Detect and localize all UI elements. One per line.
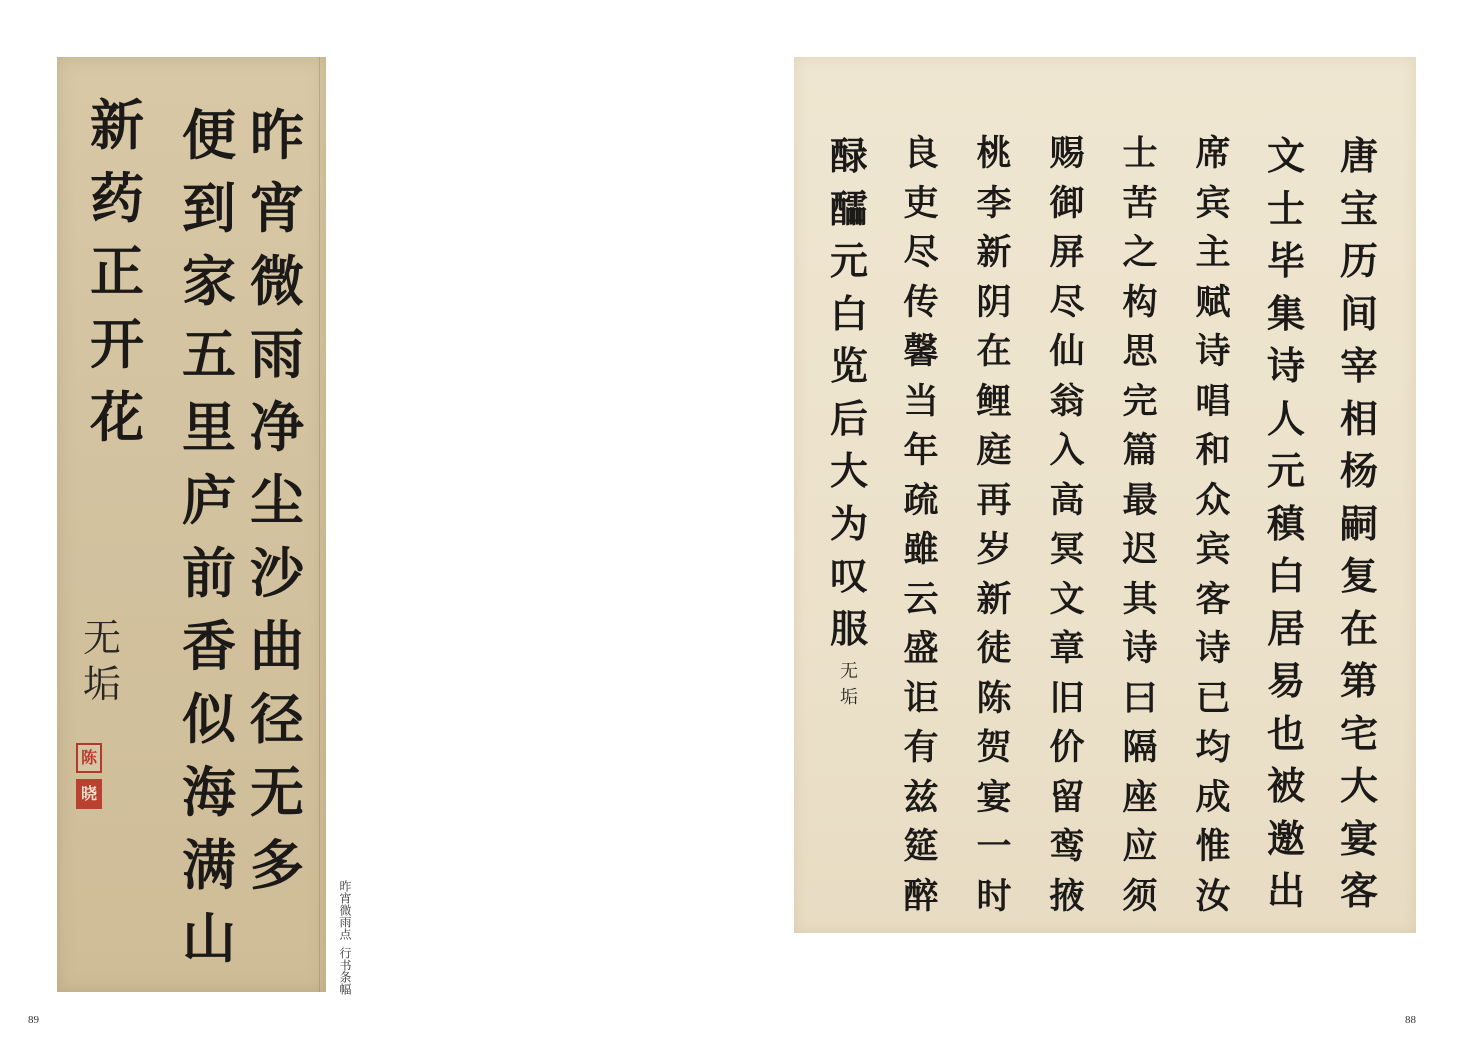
calligraphy-character: 第 xyxy=(1340,662,1378,700)
calligraphy-character: 须 xyxy=(1122,880,1157,915)
scroll-column-2: 便到家五里庐前香似海满山 xyxy=(179,109,239,985)
calligraphy-character: 香 xyxy=(182,620,236,674)
calligraphy-character: 宴 xyxy=(1340,820,1378,858)
calligraphy-character: 览 xyxy=(830,347,868,385)
calligraphy-character: 鲤 xyxy=(976,385,1011,420)
calligraphy-character: 盛 xyxy=(903,632,938,667)
scroll-column-1: 昨宵微雨净尘沙曲径无多 xyxy=(247,109,307,912)
calligraphy-character: 白 xyxy=(1267,557,1305,595)
calligraphy-character: 士 xyxy=(1122,137,1157,172)
calligraphy-character: 毕 xyxy=(1267,242,1305,280)
calligraphy-character: 垢 xyxy=(83,665,121,703)
calligraphy-character: 新 xyxy=(90,99,144,153)
calligraphy-character: 完 xyxy=(1122,385,1157,420)
calligraphy-character: 诗 xyxy=(1195,335,1230,370)
calligraphy-character: 为 xyxy=(830,505,868,543)
calligraphy-character: 庐 xyxy=(182,474,236,528)
scroll-column-3: 新药正开花 xyxy=(87,99,147,464)
calligraphy-character: 嗣 xyxy=(1340,505,1378,543)
signature: 无垢 xyxy=(834,663,864,715)
calligraphy-character: 良 xyxy=(903,137,938,172)
calligraphy-character: 醁 xyxy=(830,137,868,175)
calligraphy-character: 人 xyxy=(1267,400,1305,438)
calligraphy-character: 大 xyxy=(1340,767,1378,805)
calligraphy-character: 年 xyxy=(903,434,938,469)
calligraphy-character: 疏 xyxy=(903,484,938,519)
calligraphy-character: 便 xyxy=(182,109,236,163)
calligraphy-character: 构 xyxy=(1122,286,1157,321)
calligraphy-character: 最 xyxy=(1122,484,1157,519)
seal-chen: 陈 xyxy=(76,743,102,773)
calligraphy-character: 花 xyxy=(90,391,144,445)
calligraphy-character: 新 xyxy=(976,583,1011,618)
calligraphy-character: 五 xyxy=(182,328,236,382)
calligraphy-character: 相 xyxy=(1340,400,1378,438)
calligraphy-character: 李 xyxy=(976,187,1011,222)
calligraphy-character: 和 xyxy=(1195,434,1230,469)
calligraphy-character: 仙 xyxy=(1049,335,1084,370)
calligraphy-character: 海 xyxy=(182,766,236,820)
calligraphy-character: 曰 xyxy=(1122,682,1157,717)
calligraphy-character: 已 xyxy=(1195,682,1230,717)
calligraphy-character: 家 xyxy=(182,255,236,309)
calligraphy-character: 尘 xyxy=(250,474,304,528)
calligraphy-character: 微 xyxy=(250,255,304,309)
calligraphy-character: 曲 xyxy=(250,620,304,674)
caption-subtitle: 行书条幅 xyxy=(338,947,352,995)
calligraphy-character: 惟 xyxy=(1195,830,1230,865)
calligraphy-character: 筵 xyxy=(903,830,938,865)
calligraphy-character: 云 xyxy=(903,583,938,618)
calligraphy-character: 御 xyxy=(1049,187,1084,222)
calligraphy-character: 尽 xyxy=(903,236,938,271)
calligraphy-character: 白 xyxy=(830,295,868,333)
calligraphy-character: 无 xyxy=(250,766,304,820)
calligraphy-character: 元 xyxy=(1267,452,1305,490)
calligraphy-character: 被 xyxy=(1267,767,1305,805)
calligraphy-character: 叹 xyxy=(830,557,868,595)
calligraphy-character: 雖 xyxy=(903,533,938,568)
calligraphy-character: 入 xyxy=(1049,434,1084,469)
calligraphy-character: 席 xyxy=(1195,137,1230,172)
page-number-left: 89 xyxy=(28,1014,39,1026)
calligraphy-character: 里 xyxy=(182,401,236,455)
calligraphy-character: 诗 xyxy=(1122,632,1157,667)
calligraphy-sheet-right: 唐宝历间宰相杨嗣复在第宅大宴客 文士毕集诗人元稹白居易也被邀出 席宾主赋诗唱和众… xyxy=(794,57,1416,933)
calligraphy-character: 客 xyxy=(1340,872,1378,910)
caption-title: 昨宵微雨点 xyxy=(338,880,352,940)
calligraphy-character: 出 xyxy=(1267,872,1305,910)
calligraphy-character: 其 xyxy=(1122,583,1157,618)
calligraphy-character: 山 xyxy=(182,912,236,966)
calligraphy-character: 新 xyxy=(976,236,1011,271)
calligraphy-character: 药 xyxy=(90,172,144,226)
calligraphy-character: 高 xyxy=(1049,484,1084,519)
calligraphy-character: 无 xyxy=(83,619,121,657)
page-number-right: 88 xyxy=(1405,1014,1416,1026)
calligraphy-character: 士 xyxy=(1267,190,1305,228)
calligraphy-character: 宾 xyxy=(1195,533,1230,568)
sheet-column-4: 士苦之构思完篇最迟其诗曰隔座应须 xyxy=(1115,137,1165,929)
calligraphy-character: 鸾 xyxy=(1049,830,1084,865)
calligraphy-character: 篇 xyxy=(1122,434,1157,469)
calligraphy-character: 应 xyxy=(1122,830,1157,865)
left-page: 昨宵微雨净尘沙曲径无多 便到家五里庐前香似海满山 新药正开花 无垢 陈 晓 昨宵… xyxy=(0,0,737,1049)
sheet-column-1: 唐宝历间宰相杨嗣复在第宅大宴客 xyxy=(1334,137,1384,925)
calligraphy-character: 沙 xyxy=(250,547,304,601)
calligraphy-character: 岁 xyxy=(976,533,1011,568)
calligraphy-character: 宵 xyxy=(250,182,304,236)
calligraphy-character: 桃 xyxy=(976,137,1011,172)
calligraphy-character: 贺 xyxy=(976,731,1011,766)
calligraphy-character: 似 xyxy=(182,693,236,747)
calligraphy-character: 前 xyxy=(182,547,236,601)
sheet-column-6: 桃李新阴在鲤庭再岁新徒陈贺宴一时 xyxy=(969,137,1019,929)
calligraphy-character: 苦 xyxy=(1122,187,1157,222)
calligraphy-character: 再 xyxy=(976,484,1011,519)
calligraphy-character: 历 xyxy=(1340,242,1378,280)
calligraphy-character: 后 xyxy=(830,400,868,438)
calligraphy-character: 醉 xyxy=(903,880,938,915)
calligraphy-character: 徒 xyxy=(976,632,1011,667)
calligraphy-character: 有 xyxy=(903,731,938,766)
calligraphy-character: 唱 xyxy=(1195,385,1230,420)
calligraphy-character: 客 xyxy=(1195,583,1230,618)
calligraphy-character: 时 xyxy=(976,880,1011,915)
calligraphy-character: 众 xyxy=(1195,484,1230,519)
calligraphy-character: 章 xyxy=(1049,632,1084,667)
calligraphy-character: 稹 xyxy=(1267,505,1305,543)
calligraphy-character: 集 xyxy=(1267,295,1305,333)
calligraphy-character: 屏 xyxy=(1049,236,1084,271)
calligraphy-character: 复 xyxy=(1340,557,1378,595)
calligraphy-character: 隔 xyxy=(1122,731,1157,766)
calligraphy-character: 宴 xyxy=(976,781,1011,816)
artwork-caption: 昨宵微雨点行书条幅 xyxy=(337,880,351,995)
calligraphy-character: 馨 xyxy=(903,335,938,370)
calligraphy-character: 雨 xyxy=(250,328,304,382)
sheet-column-8: 醁醽元白览后大为叹服 xyxy=(824,137,874,662)
calligraphy-character: 诗 xyxy=(1267,347,1305,385)
calligraphy-character: 主 xyxy=(1195,236,1230,271)
calligraphy-character: 思 xyxy=(1122,335,1157,370)
calligraphy-character: 醽 xyxy=(830,190,868,228)
calligraphy-character: 掖 xyxy=(1049,880,1084,915)
calligraphy-character: 也 xyxy=(1267,715,1305,753)
calligraphy-character: 多 xyxy=(250,839,304,893)
calligraphy-character: 唐 xyxy=(1340,137,1378,175)
calligraphy-scroll-left: 昨宵微雨净尘沙曲径无多 便到家五里庐前香似海满山 新药正开花 无垢 陈 晓 xyxy=(57,57,326,992)
calligraphy-character: 宅 xyxy=(1340,715,1378,753)
calligraphy-character: 净 xyxy=(250,401,304,455)
calligraphy-character: 均 xyxy=(1195,731,1230,766)
calligraphy-character: 邀 xyxy=(1267,820,1305,858)
calligraphy-character: 在 xyxy=(976,335,1011,370)
calligraphy-character: 元 xyxy=(830,242,868,280)
calligraphy-character: 间 xyxy=(1340,295,1378,333)
calligraphy-character: 迟 xyxy=(1122,533,1157,568)
calligraphy-character: 径 xyxy=(250,693,304,747)
calligraphy-character: 满 xyxy=(182,839,236,893)
calligraphy-character: 开 xyxy=(90,318,144,372)
sheet-column-2: 文士毕集诗人元稹白居易也被邀出 xyxy=(1261,137,1311,925)
calligraphy-character: 当 xyxy=(903,385,938,420)
calligraphy-character: 座 xyxy=(1122,781,1157,816)
calligraphy-character: 冥 xyxy=(1049,533,1084,568)
calligraphy-character: 诗 xyxy=(1195,632,1230,667)
signature: 无垢 xyxy=(77,619,127,711)
calligraphy-character: 宝 xyxy=(1340,190,1378,228)
calligraphy-character: 成 xyxy=(1195,781,1230,816)
calligraphy-character: 居 xyxy=(1267,610,1305,648)
calligraphy-character: 到 xyxy=(182,182,236,236)
calligraphy-character: 服 xyxy=(830,610,868,648)
calligraphy-character: 易 xyxy=(1267,662,1305,700)
calligraphy-character: 一 xyxy=(976,830,1011,865)
calligraphy-character: 垢 xyxy=(840,689,858,707)
calligraphy-character: 价 xyxy=(1049,731,1084,766)
calligraphy-character: 兹 xyxy=(903,781,938,816)
calligraphy-character: 旧 xyxy=(1049,682,1084,717)
calligraphy-character: 留 xyxy=(1049,781,1084,816)
calligraphy-character: 汝 xyxy=(1195,880,1230,915)
calligraphy-character: 阴 xyxy=(976,286,1011,321)
calligraphy-character: 正 xyxy=(90,245,144,299)
calligraphy-character: 文 xyxy=(1049,583,1084,618)
calligraphy-character: 杨 xyxy=(1340,452,1378,490)
calligraphy-character: 尽 xyxy=(1049,286,1084,321)
calligraphy-character: 陈 xyxy=(976,682,1011,717)
sheet-column-5: 赐御屏尽仙翁入高冥文章旧价留鸾掖 xyxy=(1042,137,1092,929)
calligraphy-character: 吏 xyxy=(903,187,938,222)
calligraphy-character: 赐 xyxy=(1049,137,1084,172)
calligraphy-character: 无 xyxy=(840,663,858,681)
calligraphy-character: 讵 xyxy=(903,682,938,717)
calligraphy-character: 昨 xyxy=(250,109,304,163)
calligraphy-character: 传 xyxy=(903,286,938,321)
calligraphy-character: 宰 xyxy=(1340,347,1378,385)
seal-xiao: 晓 xyxy=(76,779,102,809)
calligraphy-character: 在 xyxy=(1340,610,1378,648)
sheet-column-3: 席宾主赋诗唱和众宾客诗已均成惟汝 xyxy=(1188,137,1238,929)
calligraphy-character: 宾 xyxy=(1195,187,1230,222)
calligraphy-character: 赋 xyxy=(1195,286,1230,321)
calligraphy-character: 大 xyxy=(830,452,868,490)
calligraphy-character: 文 xyxy=(1267,137,1305,175)
sheet-column-7: 良吏尽传馨当年疏雖云盛讵有兹筵醉 xyxy=(896,137,946,929)
calligraphy-character: 庭 xyxy=(976,434,1011,469)
calligraphy-character: 之 xyxy=(1122,236,1157,271)
calligraphy-character: 翁 xyxy=(1049,385,1084,420)
